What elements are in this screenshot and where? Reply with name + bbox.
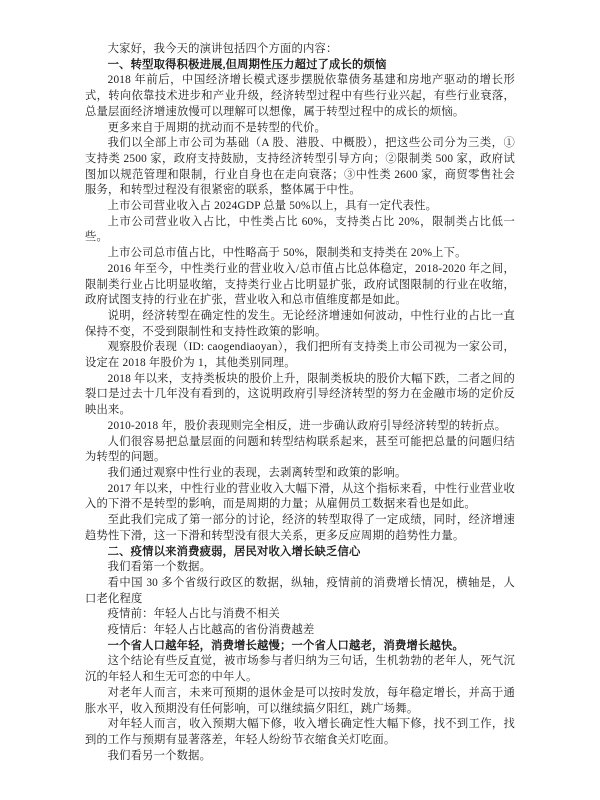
- body-paragraph: 上市公司营业收入占 2024GDP 总量 50%以上，具有一定代表性。: [85, 199, 515, 215]
- body-paragraph: 我们看第一个数据。: [85, 560, 515, 576]
- body-paragraph: 2016 年至今，中性类行业的营业收入/总市值占比总体稳定，2018-2020 …: [85, 262, 515, 309]
- section-heading: 一、转型取得积极进展,但周期性压力超过了成长的烦恼: [85, 58, 515, 74]
- body-paragraph: 上市公司总市值占比，中性略高于 50%，限制类和支持类在 20%上下。: [85, 246, 515, 262]
- body-paragraph: 我们通过观察中性行业的表现，去剥离转型和政策的影响。: [85, 466, 515, 482]
- body-paragraph: 对老年人而言，未来可预期的退休金是可以按时发放，每年稳定增长，并高于通胀水平，收…: [85, 686, 515, 717]
- document-page: 大家好，我今天的演讲包括四个方面的内容：一、转型取得积极进展,但周期性压力超过了…: [0, 0, 600, 800]
- body-paragraph: 至此我们完成了第一部分的讨论，经济的转型取得了一定成绩，同时，经济增速趋势性下滑…: [85, 513, 515, 544]
- body-paragraph: 更多来自于周期的扰动而不是转型的代价。: [85, 121, 515, 137]
- section-heading: 二、疫情以来消费疲弱，居民对收入增长缺乏信心: [85, 545, 515, 561]
- document-content: 大家好，我今天的演讲包括四个方面的内容：一、转型取得积极进展,但周期性压力超过了…: [85, 42, 515, 764]
- body-paragraph: 对年轻人而言，收入预期大幅下修，收入增长确定性大幅下修，找不到工作，找到的工作与…: [85, 717, 515, 748]
- body-paragraph: 这个结论有些反直觉，被市场参与者归纳为三句话，生机勃勃的老年人，死气沉沉的年轻人…: [85, 654, 515, 685]
- body-paragraph: 我们看另一个数据。: [85, 749, 515, 765]
- body-paragraph: 2018 年前后，中国经济增长模式逐步摆脱依靠债务基建和房地产驱动的增长形式，转…: [85, 73, 515, 120]
- body-paragraph: 观察股价表现（ID: caogendiaoyan），我们把所有支持类上市公司视为…: [85, 340, 515, 371]
- body-paragraph: 我们以全部上市公司为基础（A 股、港股、中概股），把这些公司分为三类，①支持类 …: [85, 136, 515, 199]
- body-paragraph: 说明，经济转型在确定性的发生。无论经济增速如何波动，中性行业的占比一直保持不变，…: [85, 309, 515, 340]
- body-paragraph: 2010-2018 年，股价表现则完全相反，进一步确认政府引导经济转型的转折点。: [85, 419, 515, 435]
- body-paragraph: 上市公司营业收入占比，中性类占比 60%，支持类占比 20%，限制类占比低一些。: [85, 215, 515, 246]
- body-paragraph: 2017 年以来，中性行业的营业收入大幅下滑，从这个指标来看，中性行业营业收入的…: [85, 482, 515, 513]
- body-paragraph: 疫情后：年轻人占比越高的省份消费越差: [85, 623, 515, 639]
- body-paragraph: 大家好，我今天的演讲包括四个方面的内容：: [85, 42, 515, 58]
- body-paragraph: 疫情前：年轻人占比与消费不相关: [85, 607, 515, 623]
- body-paragraph: 看中国 30 多个省级行政区的数据，纵轴，疫情前的消费增长情况，横轴是，人口老化…: [85, 576, 515, 607]
- body-paragraph: 2018 年以来，支持类板块的股价上升，限制类板块的股价大幅下跌，二者之间的裂口…: [85, 372, 515, 419]
- section-heading: 一个省人口越年轻，消费增长越慢；一个省人口越老，消费增长越快。: [85, 639, 515, 655]
- body-paragraph: 人们很容易把总量层面的问题和转型结构联系起来，甚至可能把总量的问题归结为转型的问…: [85, 435, 515, 466]
